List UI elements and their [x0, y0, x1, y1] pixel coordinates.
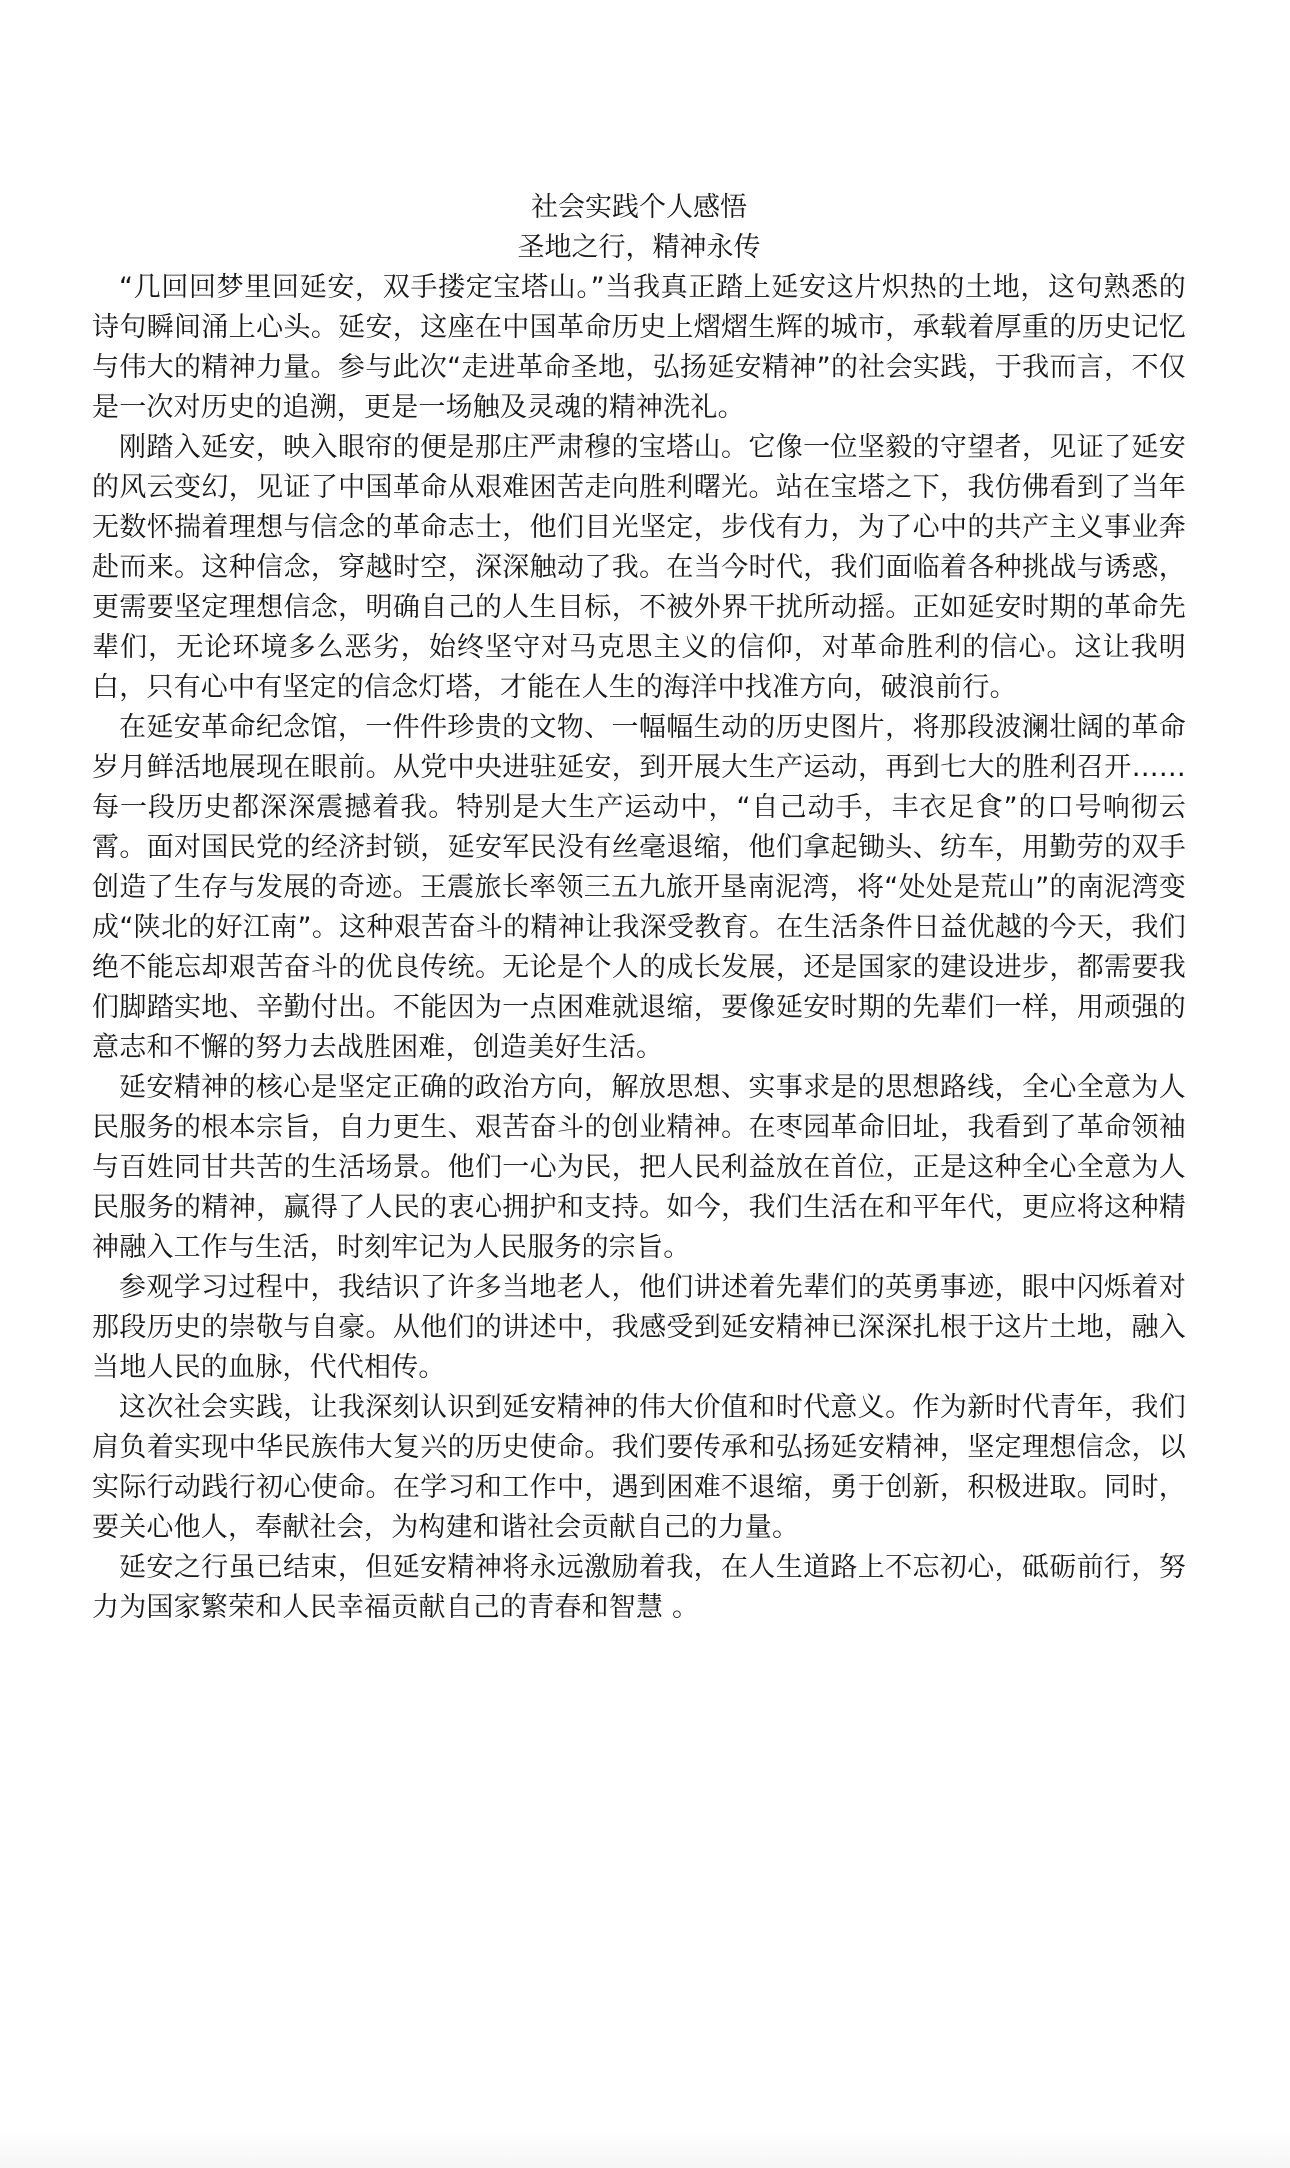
paragraph-conclusion: 延安之行虽已结束，但延安精神将永远激励着我，在人生道路上不忘初心，砥砺前行，努力… [92, 1548, 1186, 1628]
document-page: 社会实践个人感悟 圣地之行，精神永传 “几回回梦里回延安，双手搂定宝塔山。”当我… [92, 188, 1186, 1628]
paragraph-reflection: 这次社会实践，让我深刻认识到延安精神的伟大价值和时代意义。作为新时代青年，我们肩… [92, 1388, 1186, 1548]
paragraph-baota-mountain: 刚踏入延安，映入眼帘的便是那庄严肃穆的宝塔山。它像一位坚毅的守望者，见证了延安的… [92, 428, 1186, 708]
document-subtitle: 圣地之行，精神永传 [92, 228, 1186, 268]
paragraph-yanan-spirit-core: 延安精神的核心是坚定正确的政治方向，解放思想、实事求是的思想路线，全心全意为人民… [92, 1068, 1186, 1268]
paragraph-local-elders: 参观学习过程中，我结识了许多当地老人，他们讲述着先辈们的英勇事迹，眼中闪烁着对那… [92, 1268, 1186, 1388]
paragraph-intro: “几回回梦里回延安，双手搂定宝塔山。”当我真正踏上延安这片炽热的土地，这句熟悉的… [92, 268, 1186, 428]
paragraph-revolution-museum: 在延安革命纪念馆，一件件珍贵的文物、一幅幅生动的历史图片，将那段波澜壮阔的革命岁… [92, 708, 1186, 1068]
document-title: 社会实践个人感悟 [92, 188, 1186, 228]
bottom-edge-shadow [0, 2128, 1290, 2168]
